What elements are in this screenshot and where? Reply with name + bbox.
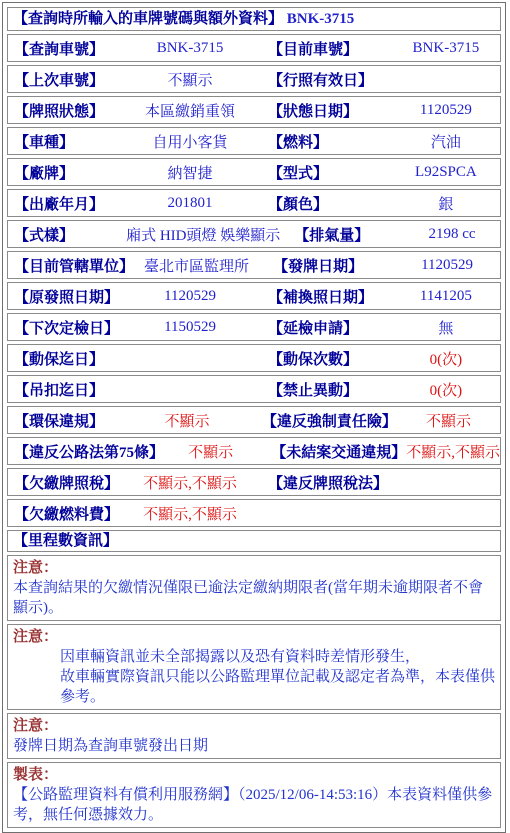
field-label: 【燃料】	[254, 131, 392, 152]
field-label: 【吊扣迄日】	[8, 379, 126, 400]
field-value: 1120529	[126, 288, 254, 305]
notice-text-line: 因車輛資訊並未全部揭露以及恐有資料時差情形發生，	[13, 647, 495, 667]
field-label: 【排氣量】	[280, 224, 404, 245]
mileage-info-header: 【里程數資訊】	[7, 530, 501, 552]
field-label: 【查詢車號】	[8, 38, 126, 59]
field-value: 0(次)	[392, 348, 500, 369]
field-label: 【環保違規】	[8, 410, 126, 431]
notice-text-line: 本查詢結果的欠繳情況僅限已逾法定繳納期限者(當年期未逾期限者不會顯示)。	[13, 578, 495, 618]
footer-text: 【公路監理資料有償利用服務網】（2025/12/06-14:53:16）本表資料…	[13, 785, 495, 825]
notice-prefix: 注意：	[13, 629, 58, 645]
field-row: 【欠繳燃料費】不顯示,不顯示	[7, 499, 501, 527]
report-title-plate-number: BNK-3715	[287, 11, 355, 27]
field-label: 【行照有效日】	[254, 69, 392, 90]
field-row: 【式樣】廂式 HID頭燈 娛樂顯示【排氣量】2198 cc	[7, 220, 501, 248]
field-label: 【發牌日期】	[259, 255, 394, 276]
field-value: 1150529	[126, 319, 254, 336]
field-label: 【原發照日期】	[8, 286, 126, 307]
notice-row: 注意：發牌日期為查詢車號發出日期	[7, 713, 501, 759]
field-label: 【車種】	[8, 131, 126, 152]
vehicle-query-report: 【查詢時所輸入的車牌號碼與額外資料】 BNK-3715 【查詢車號】BNK-37…	[2, 2, 506, 833]
notice-row: 注意：本查詢結果的欠繳情況僅限已逾法定繳納期限者(當年期未逾期限者不會顯示)。	[7, 555, 501, 621]
field-row: 【目前管轄單位】臺北市區監理所【發牌日期】1120529	[7, 251, 501, 279]
field-label: 【延檢申請】	[254, 317, 392, 338]
field-label: 【違反公路法第75條】	[8, 441, 164, 462]
field-row: 【原發照日期】1120529【補換照日期】1141205	[7, 282, 501, 310]
field-label: 【補換照日期】	[254, 286, 392, 307]
footer-note-row: 製表：【公路監理資料有償利用服務網】（2025/12/06-14:53:16）本…	[7, 762, 501, 828]
field-label: 【式樣】	[8, 224, 126, 245]
field-row: 【動保迄日】【動保次數】0(次)	[7, 344, 501, 372]
field-label: 【違反強制責任險】	[248, 410, 397, 431]
field-value: 1120529	[394, 257, 500, 274]
field-value: 不顯示	[126, 69, 254, 90]
field-row: 【查詢車號】BNK-3715【目前車號】BNK-3715	[7, 34, 501, 62]
field-value: 0(次)	[392, 379, 500, 400]
field-label: 【目前車號】	[254, 38, 392, 59]
notice-row: 注意：因車輛資訊並未全部揭露以及恐有資料時差情形發生，故車輛實際資訊只能以公路監…	[7, 624, 501, 710]
field-value: 納智捷	[126, 162, 254, 183]
field-label: 【上次車號】	[8, 69, 126, 90]
field-label: 【欠繳牌照稅】	[8, 472, 126, 493]
field-value: 201801	[126, 195, 254, 212]
field-row: 【車種】自用小客貨【燃料】汽油	[7, 127, 501, 155]
notice-text-line: 故車輛實際資訊只能以公路監理單位記載及認定者為準，本表僅供參考。	[13, 667, 495, 707]
notice-prefix: 注意：	[13, 560, 58, 576]
field-row: 【欠繳牌照稅】不顯示,不顯示【違反牌照稅法】	[7, 468, 501, 496]
field-label: 【下次定檢日】	[8, 317, 126, 338]
field-value: 不顯示	[164, 441, 257, 462]
field-label: 【顏色】	[254, 193, 392, 214]
field-row: 【出廠年月】201801【顏色】銀	[7, 189, 501, 217]
field-value: 不顯示,不顯示	[126, 503, 254, 524]
field-label: 【欠繳燃料費】	[8, 503, 126, 524]
field-label: 【牌照狀態】	[8, 100, 126, 121]
field-value: BNK-3715	[392, 40, 500, 57]
field-row: 【違反公路法第75條】不顯示【未結案交通違規】不顯示,不顯示	[7, 437, 501, 465]
field-row: 【牌照狀態】本區繳銷重領【狀態日期】1120529	[7, 96, 501, 124]
field-value: 無	[392, 317, 500, 338]
field-value: 不顯示,不顯示	[406, 441, 500, 462]
field-row: 【環保違規】不顯示【違反強制責任險】不顯示	[7, 406, 501, 434]
field-label: 【禁止異動】	[254, 379, 392, 400]
field-value: 1120529	[392, 102, 500, 119]
field-row: 【吊扣迄日】【禁止異動】0(次)	[7, 375, 501, 403]
notice-text-line: 發牌日期為查詢車號發出日期	[13, 736, 495, 756]
field-label: 【型式】	[254, 162, 392, 183]
field-value: 銀	[392, 193, 500, 214]
field-label: 【未結案交通違規】	[257, 441, 406, 462]
field-value: 廂式 HID頭燈 娛樂顯示	[126, 224, 280, 245]
field-label: 【目前管轄單位】	[8, 255, 134, 276]
field-value: 臺北市區監理所	[134, 255, 259, 276]
field-row: 【廠牌】納智捷【型式】L92SPCA	[7, 158, 501, 186]
field-value: 自用小客貨	[126, 131, 254, 152]
field-label: 【違反牌照稅法】	[254, 472, 392, 493]
field-value: BNK-3715	[126, 40, 254, 57]
field-label: 【出廠年月】	[8, 193, 126, 214]
report-title-row: 【查詢時所輸入的車牌號碼與額外資料】 BNK-3715	[7, 7, 501, 31]
report-title-label: 【查詢時所輸入的車牌號碼與額外資料】	[13, 11, 283, 27]
field-row: 【下次定檢日】1150529【延檢申請】無	[7, 313, 501, 341]
field-value: 2198 cc	[404, 226, 500, 243]
field-label: 【動保次數】	[254, 348, 392, 369]
field-row: 【上次車號】不顯示【行照有效日】	[7, 65, 501, 93]
notice-prefix: 注意：	[13, 718, 58, 734]
field-value: 不顯示	[397, 410, 500, 431]
field-value: 不顯示,不顯示	[126, 472, 254, 493]
field-value: 汽油	[392, 131, 500, 152]
field-label: 【廠牌】	[8, 162, 126, 183]
field-value: 本區繳銷重領	[126, 100, 254, 121]
footer-prefix: 製表：	[13, 767, 58, 783]
field-label: 【動保迄日】	[8, 348, 126, 369]
field-value: 不顯示	[126, 410, 248, 431]
field-value: L92SPCA	[392, 164, 500, 181]
field-label: 【狀態日期】	[254, 100, 392, 121]
field-value: 1141205	[392, 288, 500, 305]
